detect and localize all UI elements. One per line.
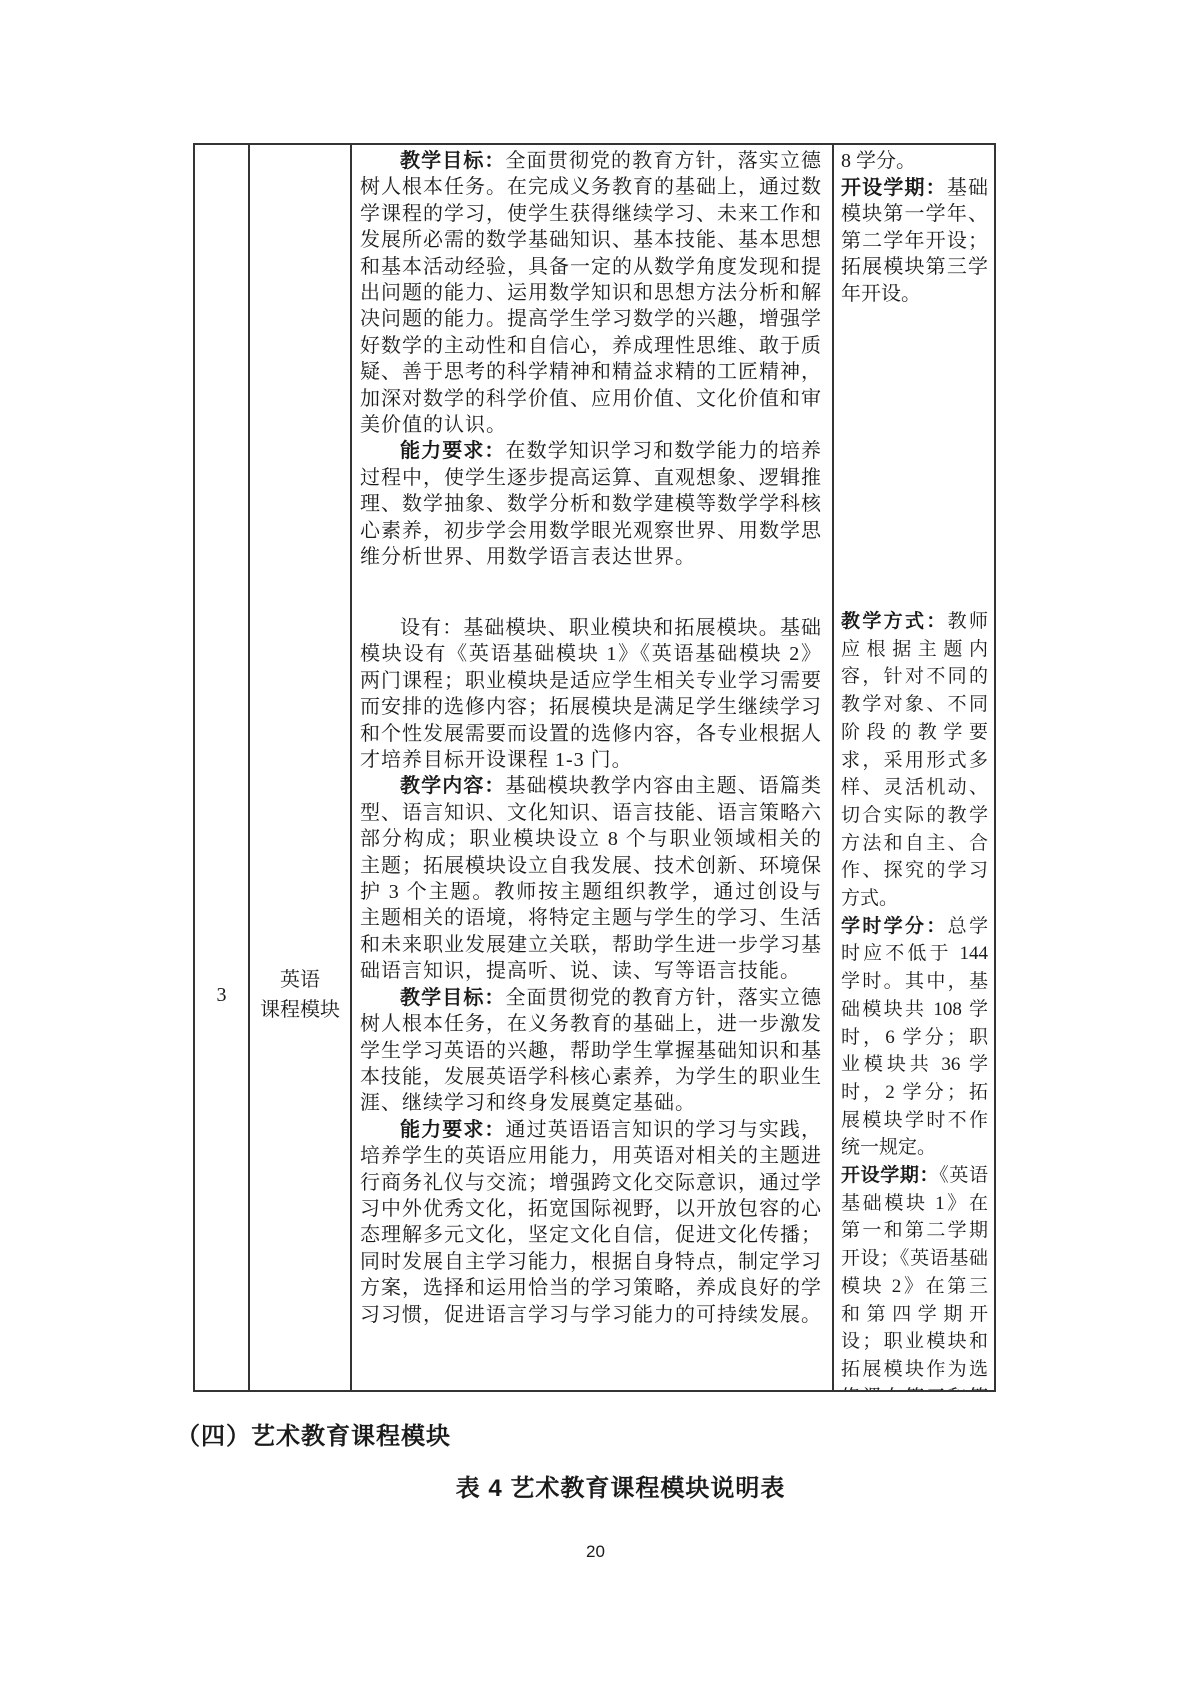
paragraph-label: 能力要求： xyxy=(400,1119,506,1141)
note-hours-credits: 学时学分：总学时应不低于 144 学时。其中，基础模块共 108 学时，6 学分… xyxy=(841,913,988,1162)
note-text: 《英语基础模块 1》在第一和第二学期开设；《英语基础模块 2》在第三和第四学期开… xyxy=(841,1165,988,1390)
note-label: 开设学期： xyxy=(841,177,947,199)
table-caption: 表 4 艺术教育课程模块说明表 xyxy=(25,1468,1191,1503)
row1-description-cell: 教学目标：全面贯彻党的教育方针，落实立德树人根本任务。在完成义务教育的基础上，通… xyxy=(352,145,834,600)
row-index: 3 xyxy=(217,980,227,1010)
row2-index-cell: 3 xyxy=(195,600,250,1390)
paragraph-teaching-content: 教学内容：基础模块教学内容由主题、语篇类型、语言知识、文化知识、语言技能、语言策… xyxy=(360,773,822,984)
note-text: 8 学分。 xyxy=(841,150,916,172)
paragraph-label: 能力要求： xyxy=(400,440,506,462)
paragraph-label: 教学内容： xyxy=(400,775,506,797)
paragraph-text: 基础模块教学内容由主题、语篇类型、语言知识、文化知识、语言技能、语言策略六部分构… xyxy=(360,775,822,982)
paragraph-module-setup: 设有：基础模块、职业模块和拓展模块。基础模块设有《英语基础模块 1》《英语基础模… xyxy=(360,615,822,773)
row1-index-cell xyxy=(195,145,250,600)
page-number: 20 xyxy=(0,1542,1191,1562)
note-semesters: 开设学期：《英语基础模块 1》在第一和第二学期开设；《英语基础模块 2》在第三和… xyxy=(841,1162,988,1390)
note-label: 学时学分： xyxy=(841,916,948,937)
paragraph-label: 教学目标： xyxy=(400,987,506,1009)
note-credits: 8 学分。 xyxy=(841,148,988,175)
paragraph-teaching-objectives: 教学目标：全面贯彻党的教育方针，落实立德树人根本任务，在义务教育的基础上，进一步… xyxy=(360,985,822,1117)
row1-notes-cell: 8 学分。 开设学期：基础模块第一学年、第二学年开设；拓展模块第三学年开设。 xyxy=(834,145,994,600)
paragraph-text: 通过英语语言知识的学习与实践，培养学生的英语应用能力，用英语对相关的主题进行商务… xyxy=(360,1119,822,1326)
paragraph-label: 教学目标： xyxy=(400,150,506,172)
row2-description-cell: 设有：基础模块、职业模块和拓展模块。基础模块设有《英语基础模块 1》《英语基础模… xyxy=(352,600,834,1390)
module-name-line2: 课程模块 xyxy=(260,995,340,1025)
paragraph-text: 全面贯彻党的教育方针，落实立德树人根本任务。在完成义务教育的基础上，通过数学课程… xyxy=(360,150,822,436)
paragraph-text: 设有：基础模块、职业模块和拓展模块。基础模块设有《英语基础模块 1》《英语基础模… xyxy=(360,617,822,771)
row1-module-cell xyxy=(250,145,352,600)
note-teaching-method: 教学方式：教师应根据主题内容，针对不同的教学对象、不同阶段的教学要求，采用形式多… xyxy=(841,608,988,913)
note-text: 总学时应不低于 144 学时。其中，基础模块共 108 学时，6 学分；职业模块… xyxy=(841,916,988,1159)
note-semesters: 开设学期：基础模块第一学年、第二学年开设；拓展模块第三学年开设。 xyxy=(841,175,988,308)
note-label: 教学方式： xyxy=(841,611,948,632)
row2-module-cell: 英语 课程模块 xyxy=(250,600,352,1390)
section-heading: （四）艺术教育课程模块 xyxy=(176,1416,451,1451)
module-name-line1: 英语 xyxy=(280,965,320,995)
paragraph-ability-requirements: 能力要求：在数学知识学习和数学能力的培养过程中，使学生逐步提高运算、直观想象、逻… xyxy=(360,438,822,570)
paragraph-teaching-objectives: 教学目标：全面贯彻党的教育方针，落实立德树人根本任务。在完成义务教育的基础上，通… xyxy=(360,148,822,438)
note-label: 开设学期： xyxy=(841,1165,939,1186)
row2-notes-cell: 教学方式：教师应根据主题内容，针对不同的教学对象、不同阶段的教学要求，采用形式多… xyxy=(834,600,994,1390)
paragraph-ability-requirements: 能力要求：通过英语语言知识的学习与实践，培养学生的英语应用能力，用英语对相关的主… xyxy=(360,1117,822,1328)
note-text: 教师应根据主题内容，针对不同的教学对象、不同阶段的教学要求，采用形式多样、灵活机… xyxy=(841,611,988,909)
document-page: 教学目标：全面贯彻党的教育方针，落实立德树人根本任务。在完成义务教育的基础上，通… xyxy=(0,0,1191,1684)
course-module-table: 教学目标：全面贯彻党的教育方针，落实立德树人根本任务。在完成义务教育的基础上，通… xyxy=(193,143,996,1392)
